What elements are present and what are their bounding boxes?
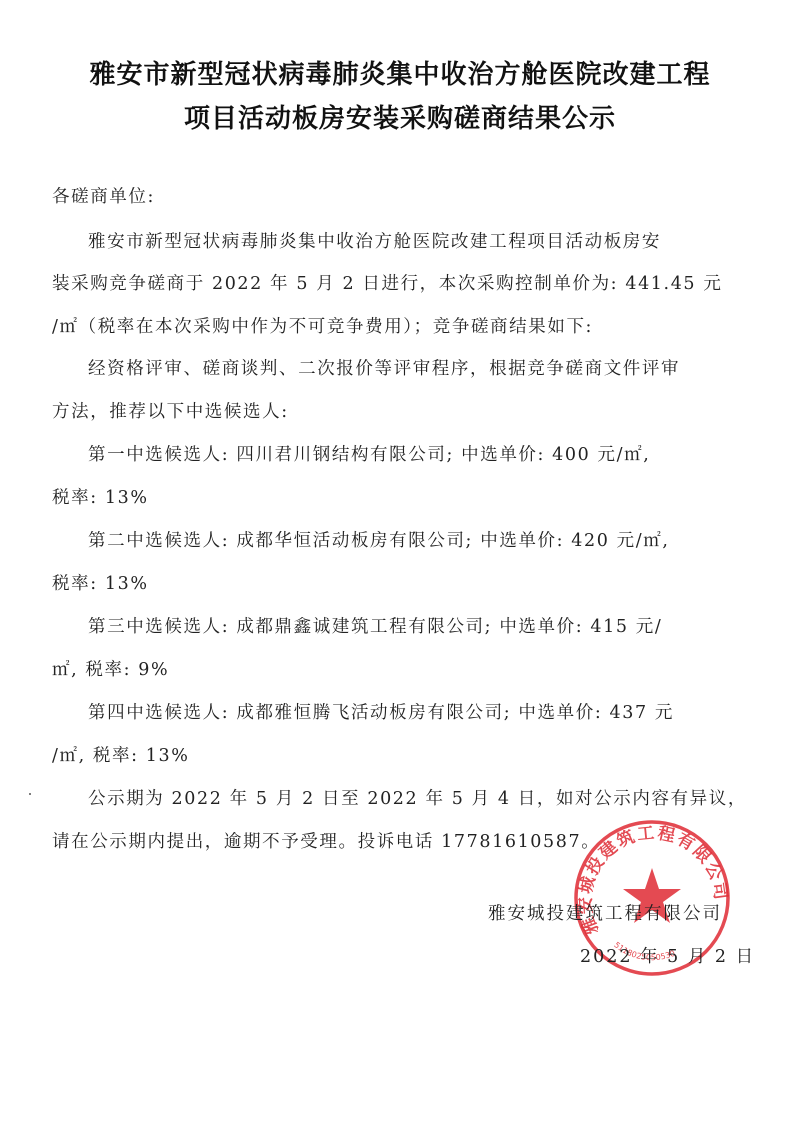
salutation: 各磋商单位:: [52, 183, 155, 208]
candidate-2-line1: 第二中选候选人: 成都华恒活动板房有限公司; 中选单价: 420 元/㎡,: [88, 527, 670, 552]
candidate-3-line2: ㎡, 税率: 9%: [52, 656, 169, 681]
paragraph1-line3: /㎡（税率在本次采购中作为不可竞争费用）；竞争磋商结果如下:: [52, 313, 593, 338]
paragraph2-line1: 经资格评审、磋商谈判、二次报价等评审程序，根据竞争磋商文件评审: [88, 355, 680, 380]
candidate-1-line1: 第一中选候选人: 四川君川钢结构有限公司; 中选单价: 400 元/㎡,: [88, 441, 650, 466]
document-title-line2: 项目活动板房安装采购磋商结果公示: [0, 98, 800, 135]
paragraph1-line2: 装采购竞争磋商于 2022 年 5 月 2 日进行，本次采购控制单价为: 441…: [52, 270, 722, 295]
candidate-3-line1: 第三中选候选人: 成都鼎鑫诚建筑工程有限公司; 中选单价: 415 元/: [88, 613, 662, 638]
paragraph2-line2: 方法，推荐以下中选候选人:: [52, 398, 289, 423]
document-title-line1: 雅安市新型冠状病毒肺炎集中收治方舱医院改建工程: [0, 54, 800, 91]
candidate-4-line1: 第四中选候选人: 成都雅恒腾飞活动板房有限公司; 中选单价: 437 元: [88, 699, 674, 724]
signature-date: 2022 年 5 月 2 日: [580, 943, 755, 968]
notice-period-line2: 请在公示期内提出，逾期不予受理。投诉电话 17781610587。: [52, 828, 600, 853]
candidate-2-line2: 税率: 13%: [52, 570, 149, 595]
notice-period-line1: 公示期为 2022 年 5 月 2 日至 2022 年 5 月 4 日，如对公示…: [88, 785, 747, 810]
paragraph1-line1: 雅安市新型冠状病毒肺炎集中收治方舱医院改建工程项目活动板房安: [88, 228, 661, 253]
candidate-4-line2: /㎡, 税率: 13%: [52, 742, 189, 767]
candidate-1-line2: 税率: 13%: [52, 484, 149, 509]
scan-artifact: [29, 793, 31, 795]
signature-organization: 雅安城投建筑工程有限公司: [488, 900, 722, 925]
